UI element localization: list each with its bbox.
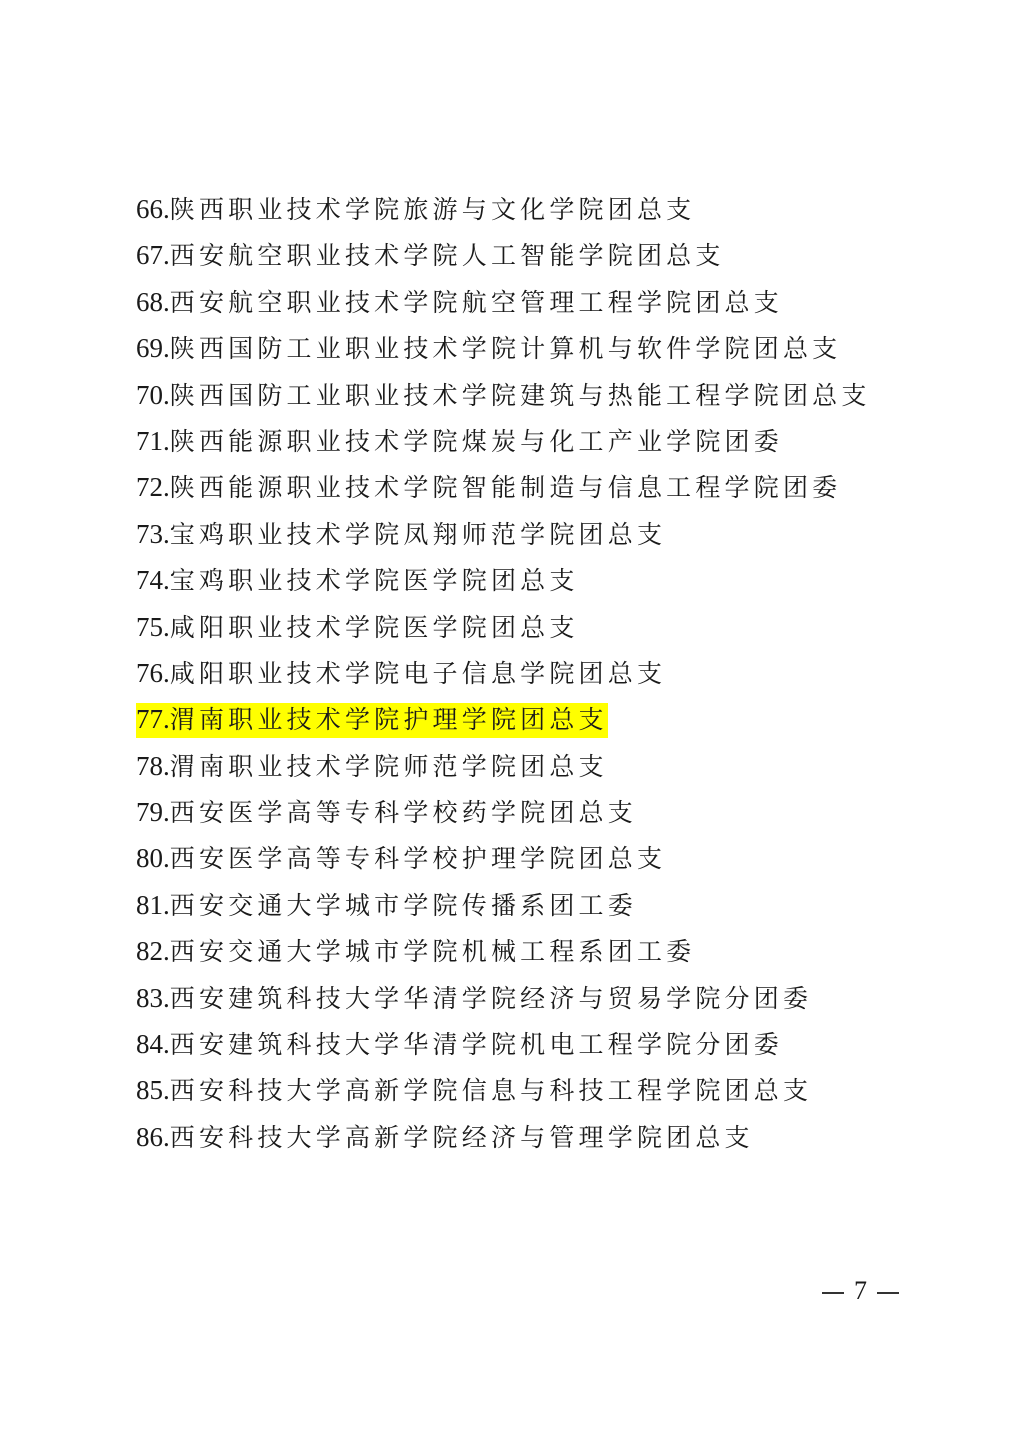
list-item: 66.陕西职业技术学院旅游与文化学院团总支 bbox=[136, 186, 871, 232]
item-number: 85. bbox=[136, 1075, 170, 1105]
item-number: 67. bbox=[136, 240, 170, 270]
dash-right bbox=[877, 1292, 899, 1294]
item-text: 西安医学高等专科学校护理学院团总支 bbox=[170, 844, 666, 873]
list-item: 82.西安交通大学城市学院机械工程系团工委 bbox=[136, 928, 871, 974]
list-item-content: 75.咸阳职业技术学院医学院团总支 bbox=[136, 613, 579, 643]
list-item-content: 84.西安建筑科技大学华清学院机电工程学院分团委 bbox=[136, 1030, 783, 1060]
page-number-value: 7 bbox=[854, 1276, 867, 1305]
item-number: 68. bbox=[136, 287, 170, 317]
list-item-content: 66.陕西职业技术学院旅游与文化学院团总支 bbox=[136, 195, 695, 225]
list-item-content: 69.陕西国防工业职业技术学院计算机与软件学院团总支 bbox=[136, 334, 841, 364]
list-item-content: 74.宝鸡职业技术学院医学院团总支 bbox=[136, 566, 579, 596]
list-item-content: 85.西安科技大学高新学院信息与科技工程学院团总支 bbox=[136, 1076, 812, 1106]
item-number: 77. bbox=[136, 704, 170, 734]
page-number: 7 bbox=[812, 1276, 909, 1306]
item-number: 72. bbox=[136, 472, 170, 502]
list-item: 76.咸阳职业技术学院电子信息学院团总支 bbox=[136, 650, 871, 696]
item-text: 宝鸡职业技术学院医学院团总支 bbox=[170, 566, 579, 595]
item-text: 陕西能源职业技术学院智能制造与信息工程学院团委 bbox=[170, 473, 842, 502]
item-number: 84. bbox=[136, 1029, 170, 1059]
list-item-content: 80.西安医学高等专科学校护理学院团总支 bbox=[136, 844, 666, 874]
item-text: 西安航空职业技术学院人工智能学院团总支 bbox=[170, 241, 725, 270]
item-number: 80. bbox=[136, 843, 170, 873]
item-number: 69. bbox=[136, 333, 170, 363]
item-text: 西安航空职业技术学院航空管理工程学院团总支 bbox=[170, 288, 783, 317]
item-number: 79. bbox=[136, 797, 170, 827]
list-item: 84.西安建筑科技大学华清学院机电工程学院分团委 bbox=[136, 1021, 871, 1067]
list-item: 81.西安交通大学城市学院传播系团工委 bbox=[136, 882, 871, 928]
document-page: 66.陕西职业技术学院旅游与文化学院团总支 67.西安航空职业技术学院人工智能学… bbox=[0, 0, 1024, 1448]
item-number: 76. bbox=[136, 658, 170, 688]
item-number: 82. bbox=[136, 936, 170, 966]
item-text: 咸阳职业技术学院医学院团总支 bbox=[170, 613, 579, 642]
list-item: 85.西安科技大学高新学院信息与科技工程学院团总支 bbox=[136, 1067, 871, 1113]
item-text: 陕西国防工业职业技术学院计算机与软件学院团总支 bbox=[170, 334, 842, 363]
organization-list: 66.陕西职业技术学院旅游与文化学院团总支 67.西安航空职业技术学院人工智能学… bbox=[136, 186, 871, 1160]
item-text: 西安医学高等专科学校药学院团总支 bbox=[170, 798, 637, 827]
list-item: 71.陕西能源职业技术学院煤炭与化工产业学院团委 bbox=[136, 418, 871, 464]
item-number: 70. bbox=[136, 380, 170, 410]
list-item-content: 79.西安医学高等专科学校药学院团总支 bbox=[136, 798, 637, 828]
list-item-content: 86.西安科技大学高新学院经济与管理学院团总支 bbox=[136, 1123, 754, 1153]
list-item: 78.渭南职业技术学院师范学院团总支 bbox=[136, 743, 871, 789]
item-text: 陕西职业技术学院旅游与文化学院团总支 bbox=[170, 195, 696, 224]
item-number: 78. bbox=[136, 751, 170, 781]
list-item: 79.西安医学高等专科学校药学院团总支 bbox=[136, 789, 871, 835]
list-item: 68.西安航空职业技术学院航空管理工程学院团总支 bbox=[136, 279, 871, 325]
item-number: 81. bbox=[136, 890, 170, 920]
item-text: 西安科技大学高新学院经济与管理学院团总支 bbox=[170, 1123, 754, 1152]
list-item-content: 71.陕西能源职业技术学院煤炭与化工产业学院团委 bbox=[136, 427, 783, 457]
list-item-content: 82.西安交通大学城市学院机械工程系团工委 bbox=[136, 937, 695, 967]
item-number: 86. bbox=[136, 1122, 170, 1152]
list-item-content: 78.渭南职业技术学院师范学院团总支 bbox=[136, 752, 608, 782]
item-text: 陕西国防工业职业技术学院建筑与热能工程学院团总支 bbox=[170, 381, 871, 410]
list-item: 74.宝鸡职业技术学院医学院团总支 bbox=[136, 557, 871, 603]
list-item: 70.陕西国防工业职业技术学院建筑与热能工程学院团总支 bbox=[136, 372, 871, 418]
list-item-content: 67.西安航空职业技术学院人工智能学院团总支 bbox=[136, 241, 725, 271]
item-text: 西安建筑科技大学华清学院经济与贸易学院分团委 bbox=[170, 984, 812, 1013]
item-text: 渭南职业技术学院师范学院团总支 bbox=[170, 752, 608, 781]
list-item: 69.陕西国防工业职业技术学院计算机与软件学院团总支 bbox=[136, 325, 871, 371]
item-number: 74. bbox=[136, 565, 170, 595]
list-item-content: 76.咸阳职业技术学院电子信息学院团总支 bbox=[136, 659, 666, 689]
item-number: 73. bbox=[136, 519, 170, 549]
item-number: 66. bbox=[136, 194, 170, 224]
item-number: 71. bbox=[136, 426, 170, 456]
text-highlight: 77.渭南职业技术学院护理学院团总支 bbox=[136, 703, 608, 738]
list-item-content: 72.陕西能源职业技术学院智能制造与信息工程学院团委 bbox=[136, 473, 841, 503]
item-text: 陕西能源职业技术学院煤炭与化工产业学院团委 bbox=[170, 427, 783, 456]
item-text: 渭南职业技术学院护理学院团总支 bbox=[170, 705, 608, 734]
dash-left bbox=[822, 1292, 844, 1294]
item-text: 西安交通大学城市学院机械工程系团工委 bbox=[170, 937, 696, 966]
item-number: 83. bbox=[136, 983, 170, 1013]
list-item: 73.宝鸡职业技术学院凤翔师范学院团总支 bbox=[136, 511, 871, 557]
list-item: 86.西安科技大学高新学院经济与管理学院团总支 bbox=[136, 1114, 871, 1160]
list-item-content: 68.西安航空职业技术学院航空管理工程学院团总支 bbox=[136, 288, 783, 318]
list-item: 83.西安建筑科技大学华清学院经济与贸易学院分团委 bbox=[136, 975, 871, 1021]
list-item: 75.咸阳职业技术学院医学院团总支 bbox=[136, 604, 871, 650]
item-text: 西安交通大学城市学院传播系团工委 bbox=[170, 891, 637, 920]
list-item: 67.西安航空职业技术学院人工智能学院团总支 bbox=[136, 232, 871, 278]
item-text: 咸阳职业技术学院电子信息学院团总支 bbox=[170, 659, 666, 688]
list-item-content: 81.西安交通大学城市学院传播系团工委 bbox=[136, 891, 637, 921]
list-item-content: 83.西安建筑科技大学华清学院经济与贸易学院分团委 bbox=[136, 984, 812, 1014]
item-number: 75. bbox=[136, 612, 170, 642]
item-text: 西安建筑科技大学华清学院机电工程学院分团委 bbox=[170, 1030, 783, 1059]
item-text: 西安科技大学高新学院信息与科技工程学院团总支 bbox=[170, 1076, 812, 1105]
list-item: 72.陕西能源职业技术学院智能制造与信息工程学院团委 bbox=[136, 464, 871, 510]
item-text: 宝鸡职业技术学院凤翔师范学院团总支 bbox=[170, 520, 666, 549]
list-item-highlighted: 77.渭南职业技术学院护理学院团总支 bbox=[136, 696, 871, 742]
list-item-content: 73.宝鸡职业技术学院凤翔师范学院团总支 bbox=[136, 520, 666, 550]
list-item-content: 70.陕西国防工业职业技术学院建筑与热能工程学院团总支 bbox=[136, 381, 871, 411]
list-item: 80.西安医学高等专科学校护理学院团总支 bbox=[136, 835, 871, 881]
